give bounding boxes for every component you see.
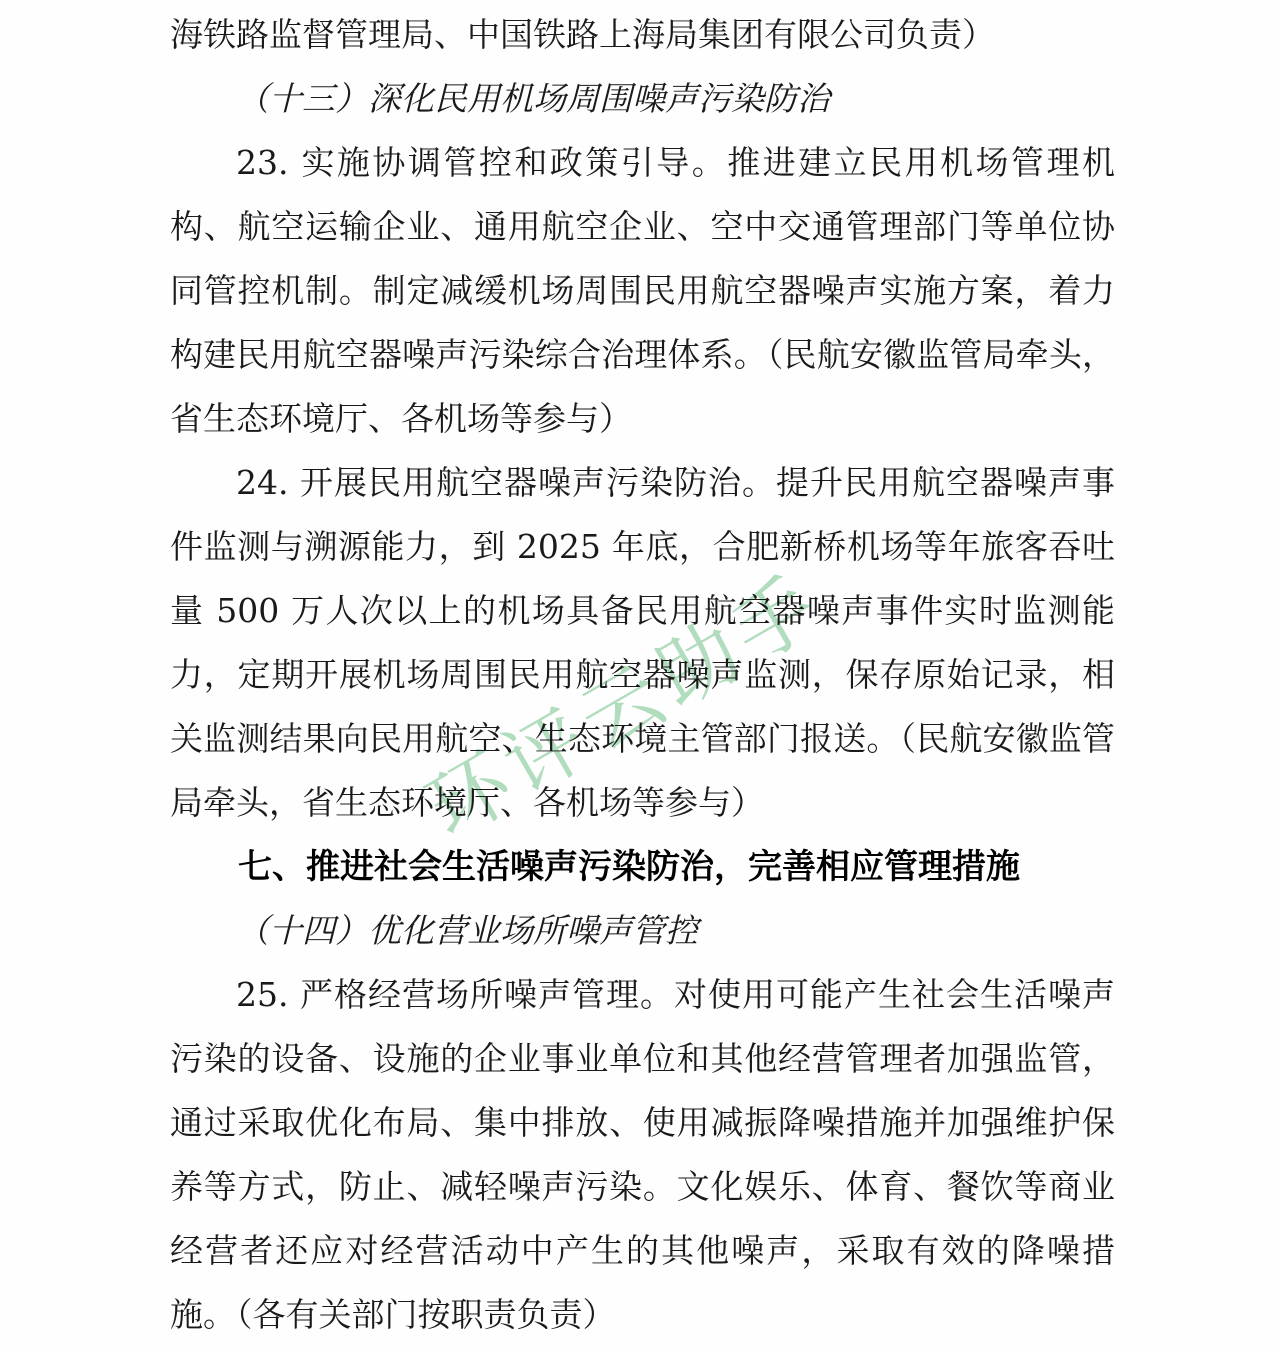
document-page: 环评云助手 海铁路监督管理局、中国铁路上海局集团有限公司负责）（十三）深化民用机…: [0, 0, 1280, 1350]
subsection-heading: （十四）优化营业场所噪声管控: [170, 899, 1115, 963]
paragraph-continuation: 海铁路监督管理局、中国铁路上海局集团有限公司负责）: [170, 3, 1115, 67]
numbered-paragraph: 24. 开展民用航空器噪声污染防治。提升民用航空器噪声事件监测与溯源能力，到 2…: [170, 451, 1115, 835]
section-heading: 七、推进社会生活噪声污染防治，完善相应管理措施: [170, 835, 1115, 899]
document-body: 海铁路监督管理局、中国铁路上海局集团有限公司负责）（十三）深化民用机场周围噪声污…: [170, 3, 1115, 1347]
numbered-paragraph: 23. 实施协调管控和政策引导。推进建立民用机场管理机构、航空运输企业、通用航空…: [170, 131, 1115, 451]
subsection-heading: （十三）深化民用机场周围噪声污染防治: [170, 67, 1115, 131]
numbered-paragraph: 25. 严格经营场所噪声管理。对使用可能产生社会生活噪声污染的设备、设施的企业事…: [170, 963, 1115, 1347]
